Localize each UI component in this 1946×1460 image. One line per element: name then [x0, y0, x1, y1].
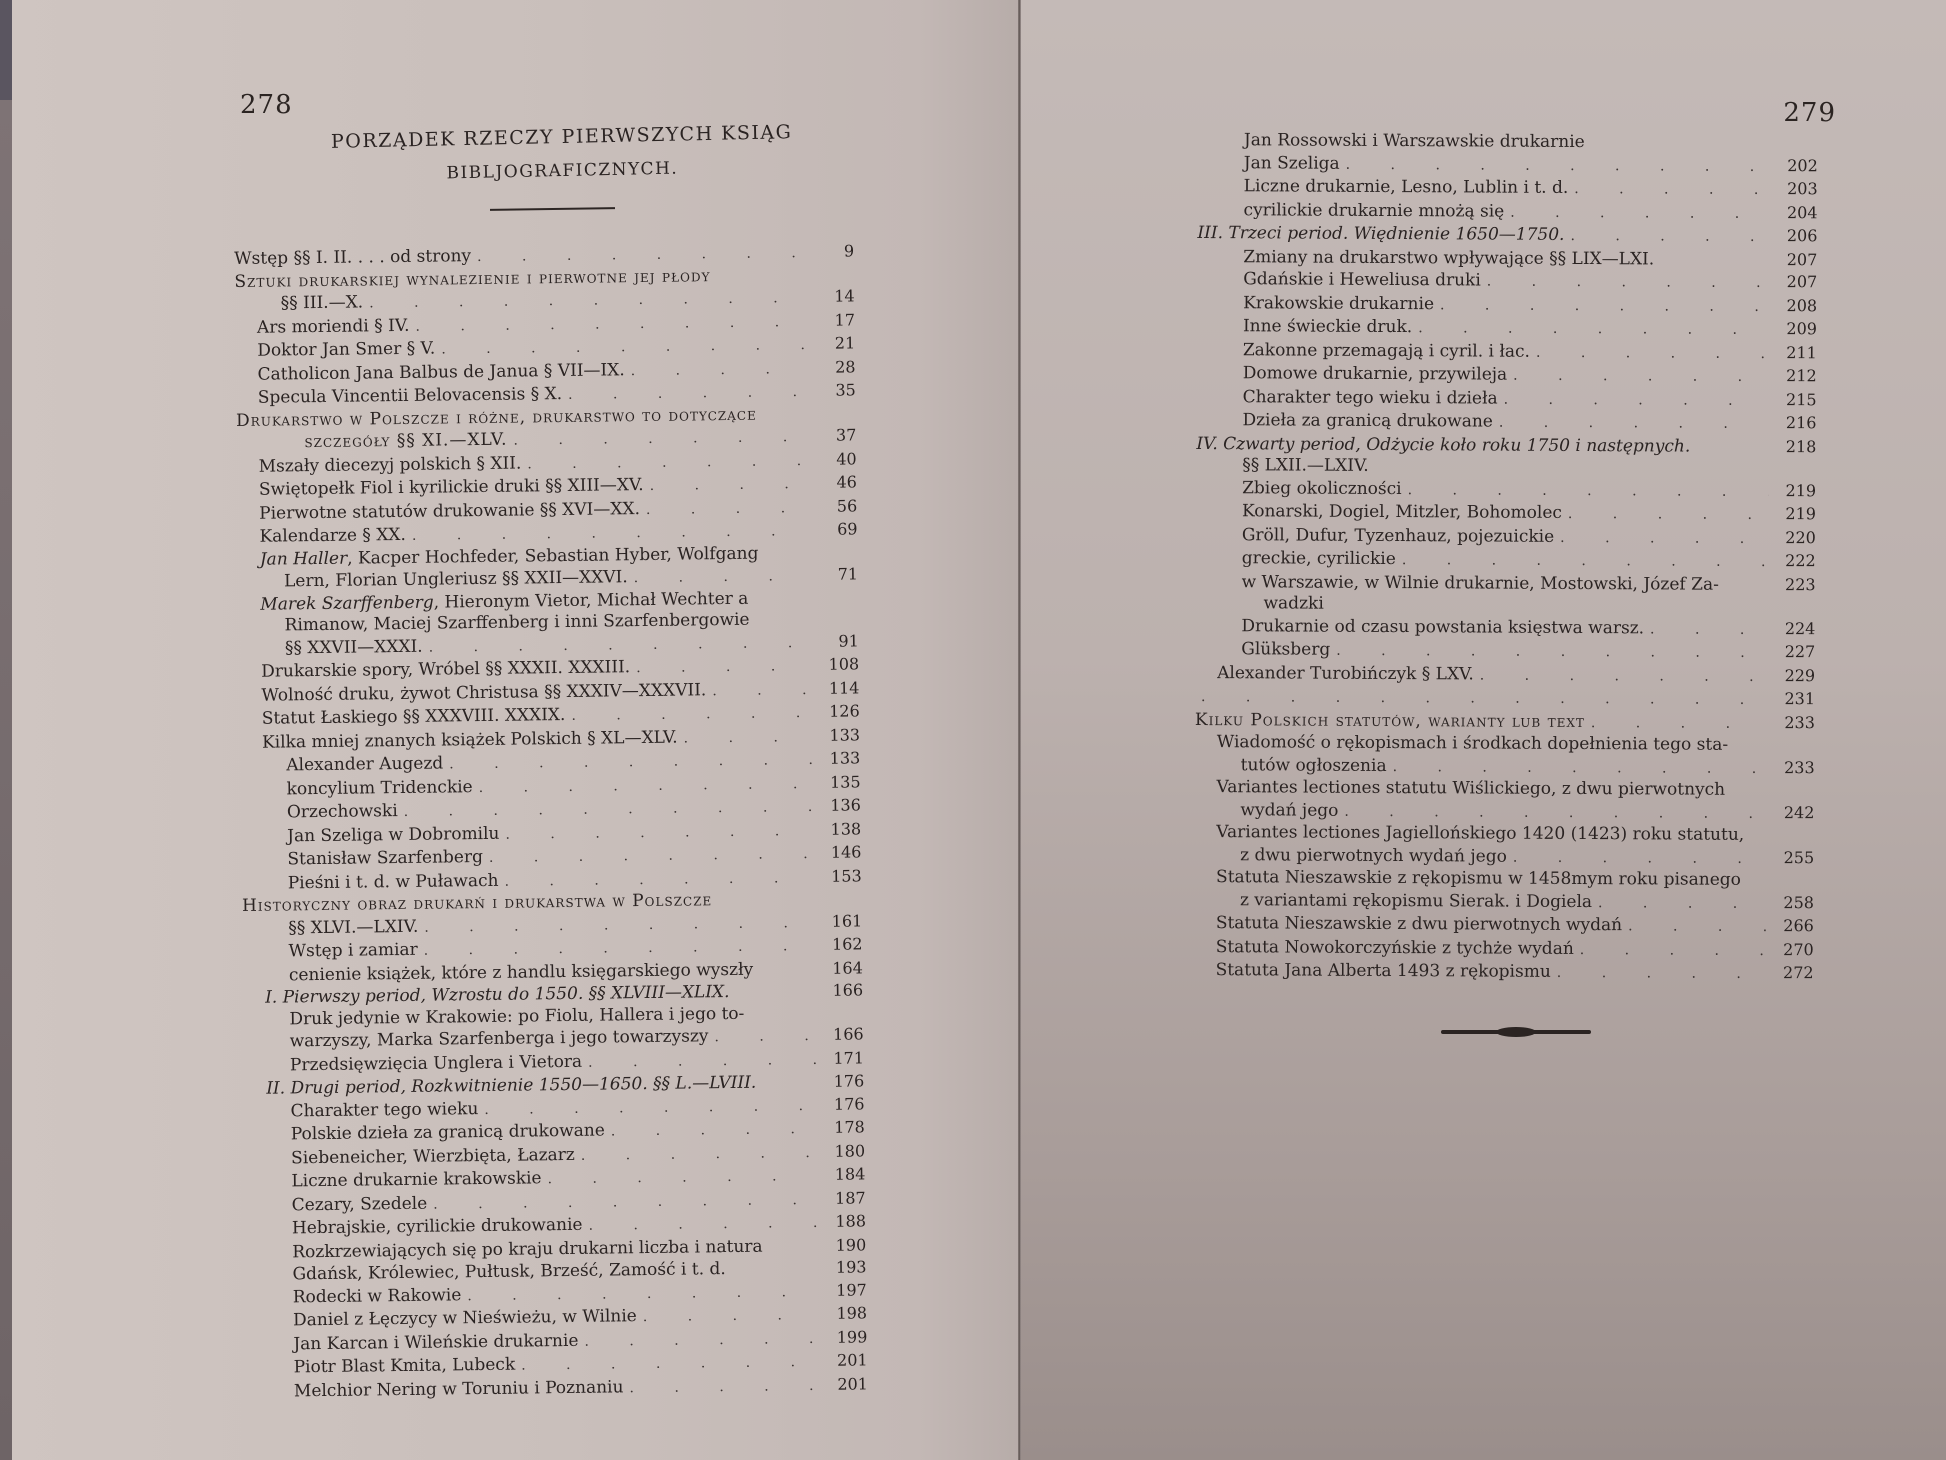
dot-leader [1336, 641, 1767, 665]
toc-entry-title: Wstęp i zamiar [288, 940, 417, 963]
dot-leader [1580, 940, 1766, 962]
toc-entry-title: Siebeneicher, Wierzbięta, Łazarz [291, 1144, 575, 1169]
toc-entry: Statuta Nieszawskie z rękopismu w 1458my… [1194, 867, 1814, 892]
toc-entry-title: Gdańskie i Heweliusa druki [1243, 269, 1481, 292]
dot-leader [1660, 264, 1769, 265]
toc-entry-page [816, 557, 858, 558]
toc-entry-page: 219 [1774, 480, 1816, 502]
book-gutter [1018, 0, 1021, 1460]
toc-entry: §§ LXII.—LXIV. [1196, 455, 1816, 480]
dot-leader [1570, 226, 1769, 249]
toc-entry-page [816, 602, 858, 603]
toc-entry-title: Pieśni i t. d. w Puławach [288, 870, 499, 894]
toc-entry-page: 206 [1775, 225, 1817, 247]
toc-entry-title: IV. Czwarty period, Odżycie koło roku 17… [1196, 433, 1690, 457]
toc-entry-page: 266 [1772, 915, 1814, 937]
dot-leader [718, 904, 814, 905]
toc-entry-page: 209 [1775, 318, 1817, 340]
toc-entry-page: 198 [825, 1302, 867, 1324]
book-edge [0, 0, 12, 1460]
dot-leader [1408, 480, 1769, 503]
dot-leader [1591, 147, 1770, 148]
toc-entry-page: 178 [823, 1116, 865, 1138]
toc-entry-title: Przedsięwzięcia Unglera i Vietora [290, 1051, 582, 1076]
dot-leader [513, 427, 808, 452]
dot-leader [1560, 527, 1768, 550]
toc-entry: Statuta Jana Alberta 1493 z rękopismu272 [1194, 959, 1814, 986]
toc-entry: Gröll, Dufur, Tyzenhauz, pojezuickie220 [1196, 523, 1816, 550]
toc-entry-title: Drukarnie od czasu powstania księstwa wa… [1241, 616, 1644, 640]
toc-entry-page: 184 [823, 1163, 865, 1185]
dot-leader [1330, 609, 1768, 611]
toc-entry-page: 258 [1772, 892, 1814, 914]
toc-entry-page: 162 [820, 933, 862, 955]
page-number-right: 279 [1783, 98, 1836, 128]
toc-entry-title: §§ LXII.—LXIV. [1242, 455, 1369, 477]
dot-leader [1375, 471, 1769, 473]
toc-entry-page: 28 [813, 356, 855, 378]
toc-entry-page: 176 [822, 1093, 864, 1115]
toc-entry: IV. Czwarty period, Odżycie koło roku 17… [1196, 432, 1816, 458]
dot-leader [467, 1281, 819, 1307]
toc-entry: wydań jego242 [1194, 798, 1814, 825]
dot-leader [477, 243, 806, 269]
toc-entry: z variantami rękopismu Sierak. i Dogiela… [1194, 888, 1814, 915]
toc-entry-page: 242 [1772, 802, 1814, 824]
toc-entry-page: 212 [1775, 365, 1817, 387]
toc-entry-title: Doktor Jan Smer § V. [257, 339, 435, 363]
toc-entry-title: Catholicon Jana Balbus de Janua § VII—IX… [257, 360, 624, 386]
toc-entry-title: Melchior Nering w Toruniu i Poznaniu [294, 1377, 624, 1403]
toc-entry-title: Domowe drukarnie, przywileja [1243, 363, 1508, 386]
toc-entry-title: Jan Karcan i Wileńskie drukarnie [293, 1330, 578, 1355]
toc-entry-title: Alexander Turobińczyk § LXV. [1217, 663, 1474, 686]
dot-leader [683, 726, 812, 749]
toc-entry-page: 201 [826, 1373, 868, 1395]
title-rule-divider [490, 207, 615, 211]
toc-entry-title: greckie, cyrilickie [1242, 548, 1396, 570]
dot-leader [1568, 504, 1768, 527]
dot-leader [650, 474, 810, 497]
toc-entry-page: 201 [826, 1349, 868, 1371]
toc-entry: Krakowskie drukarnie208 [1197, 291, 1817, 318]
toc-entry-page: 215 [1775, 389, 1817, 411]
toc-entry-page: 222 [1774, 550, 1816, 572]
dot-leader [763, 418, 808, 419]
toc-entry-title: Stanisław Szarfenberg [287, 847, 483, 871]
toc-entry: wadzki [1195, 593, 1815, 618]
toc-entry: Inne świeckie druk.209 [1197, 315, 1817, 342]
toc-entry-page: 108 [817, 653, 859, 675]
toc-entry-title: §§ III.—X. [281, 292, 364, 315]
toc-entry: tutów ogłoszenia233 [1195, 753, 1815, 780]
dot-leader [754, 602, 810, 603]
dot-leader [1499, 413, 1769, 436]
dot-leader [1480, 665, 1767, 688]
toc-entry-page: 56 [815, 495, 857, 517]
toc-entry: Liczne drukarnie, Lesno, Lublin i t. d.2… [1198, 175, 1818, 202]
toc-entry: III. Trzeci period. Więdnienie 1650—1750… [1197, 222, 1817, 249]
toc-entry-title: Variantes lectiones statutu Wiślickiego,… [1216, 777, 1725, 801]
dot-leader [714, 1026, 815, 1049]
toc-entry-page: 17 [813, 309, 855, 331]
dot-leader [489, 844, 814, 869]
toc-entry-page: 207 [1775, 271, 1817, 293]
toc-entry-title: Specula Vincentii Belovacensis § X. [258, 384, 562, 409]
dot-leader [479, 773, 813, 799]
toc-entry-title: Statut Łaskiego §§ XXXVIII. XXXIX. [262, 705, 566, 730]
toc-entry-page: 229 [1773, 665, 1815, 687]
toc-entry-title: Statuta Nowokorczyńskie z tychże wydań [1216, 937, 1574, 960]
toc-entry: Glüksberg227 [1195, 638, 1815, 665]
toc-entry-page [812, 279, 854, 280]
toc-entry-page: 133 [818, 724, 860, 746]
toc-entry-page: 40 [814, 448, 856, 470]
toc-entry-title: w Warszawie, w Wilnie drukarnie, Mostows… [1242, 572, 1719, 596]
toc-entry-title: Charakter tego wieku i dzieła [1243, 387, 1498, 410]
toc-entry-page: 219 [1774, 503, 1816, 525]
toc-entry-title: Kilku Polskich statutów, warianty lub te… [1195, 709, 1585, 733]
toc-entry-title: §§ XLVI.—LXIV. [288, 916, 418, 939]
toc-entry-title: Glüksberg [1241, 639, 1330, 661]
toc-entry-title: Konarski, Dogiel, Mitzler, Bohomolec [1242, 501, 1562, 524]
toc-entry-page: 136 [819, 794, 861, 816]
toc-entry-page: 138 [819, 818, 861, 840]
toc-entry-page: 193 [824, 1256, 866, 1278]
dot-leader [1418, 318, 1769, 341]
toc-entry-title: Inne świeckie druk. [1243, 316, 1412, 338]
toc-entry-title: Liczne drukarnie, Lesno, Lublin i t. d. [1244, 176, 1569, 199]
toc-entry: Gdańskie i Heweliusa druki207 [1197, 268, 1817, 295]
toc-entry-title: III. Trzeci period. Więdnienie 1650—1750… [1197, 223, 1564, 246]
toc-entry-page: 204 [1776, 202, 1818, 224]
toc-entry-page [814, 418, 856, 419]
toc-entry-title: z dwu pierwotnych wydań jego [1240, 845, 1507, 868]
toc-entry-page: 218 [1774, 436, 1816, 458]
toc-entry-page [820, 903, 862, 904]
toc-entry-title: Statuta Nieszawskie z dwu pierwotnych wy… [1216, 913, 1622, 937]
toc-entry: Zmiany na drukarstwo wpływające §§ LIX—L… [1197, 245, 1817, 271]
page-title: PORZĄDEK RZECZY PIERWSZYCH KSIĄG BIBLJOG… [311, 115, 812, 193]
toc-entry-page: 203 [1776, 178, 1818, 200]
dot-leader [1402, 550, 1768, 573]
toc-entry-title: Drukarskie spory, Wróbel §§ XXXII. XXXII… [261, 657, 630, 683]
toc-entry-title: Wiadomość o rękopismach i środkach dopeł… [1217, 732, 1728, 756]
toc-entry: greckie, cyrilickie222 [1196, 547, 1816, 574]
dot-leader [1591, 713, 1767, 735]
dot-leader [1393, 757, 1767, 780]
toc-entry-page: 231 [1773, 688, 1815, 710]
dot-leader [759, 973, 815, 974]
toc-entry-title: Zbieg okoliczności [1242, 478, 1402, 500]
toc-entry: cyrilickie drukarnie mnożą się204 [1198, 198, 1818, 225]
toc-entry-page [821, 1017, 863, 1018]
toc-entry-page: 199 [825, 1326, 867, 1348]
toc-entry-page: 35 [814, 379, 856, 401]
dot-leader [1536, 342, 1769, 365]
toc-entry-title: Lern, Florian Ungleriusz §§ XXII—XXVI. [284, 567, 628, 593]
toc-entry-title: Gröll, Dufur, Tyzenhauz, pojezuickie [1242, 525, 1554, 548]
toc-entry: Zbieg okoliczności219 [1196, 476, 1816, 503]
dot-leader [631, 359, 808, 383]
dot-leader [441, 335, 807, 361]
toc-entry-page: 14 [813, 285, 855, 307]
toc-entry: Kilku Polskich statutów, warianty lub te… [1195, 708, 1815, 735]
dot-leader [736, 996, 816, 997]
toc-entry: Jan Rossowski i Warszawskie drukarnie [1198, 130, 1818, 155]
toc-entry-page: 197 [825, 1279, 867, 1301]
toc-entry: Variantes lectiones Jagiellońskiego 1420… [1194, 822, 1814, 847]
toc-entry-title: Krakowskie drukarnie [1243, 293, 1434, 315]
toc-entry-page: 46 [815, 471, 857, 493]
toc-entry-title: Polskie dzieła za granicą drukowane [291, 1121, 605, 1146]
toc-entry-page: 176 [822, 1070, 864, 1092]
toc-entry-page: 216 [1774, 412, 1816, 434]
toc-entry-page: 69 [815, 518, 857, 540]
dot-leader [643, 1305, 820, 1329]
toc-entry-title: koncylium Tridenckie [286, 777, 472, 801]
toc-entry: 231 [1195, 685, 1815, 712]
dot-leader [547, 1166, 817, 1191]
toc-entry: Dzieła za granicą drukowane216 [1196, 409, 1816, 436]
toc-entry-title: Ars moriendi § IV. [257, 315, 410, 338]
toc-entry-title: Daniel z Łęczycy w Nieświeżu, w Wilnie [293, 1306, 637, 1332]
toc-entry-page: 220 [1774, 527, 1816, 549]
toc-entry-title: Liczne drukarnie krakowskie [291, 1168, 541, 1193]
toc-entry-title: Kalendarze § XX. [259, 525, 406, 548]
toc-entry-page: 207 [1775, 249, 1817, 271]
toc-entry: Charakter tego wieku i dzieła215 [1197, 385, 1817, 412]
toc-entry-title: Rodecki w Rakowie [293, 1285, 462, 1309]
right-page: 279 Jan Rossowski i Warszawskie drukarni… [1020, 0, 1946, 1460]
dot-leader [1510, 202, 1769, 225]
dot-leader [1628, 916, 1766, 938]
toc-entry-title: Hebrajskie, cyrilickie drukowanie [292, 1215, 583, 1240]
table-of-contents-left: Wstęp §§ I. II. . . . od strony9Sztuki d… [234, 240, 868, 1403]
toc-entry-page: 153 [820, 865, 862, 887]
toc-entry-page: 37 [814, 424, 856, 446]
toc-entry-title: Jan Szeliga [1244, 153, 1340, 175]
dot-leader [764, 557, 809, 558]
toc-entry-page: 224 [1773, 618, 1815, 640]
toc-entry-title: wadzki [1263, 593, 1323, 615]
toc-entry-page: 166 [822, 1023, 864, 1045]
toc-entry-page: 135 [818, 771, 860, 793]
toc-entry-page: 223 [1774, 574, 1816, 596]
dot-leader [712, 679, 811, 702]
toc-entry-page: 180 [823, 1140, 865, 1162]
dot-leader [636, 656, 811, 680]
dot-leader [527, 450, 809, 475]
dot-leader [716, 280, 806, 281]
toc-entry-page: 21 [813, 332, 855, 354]
toc-entry-page: 133 [818, 747, 860, 769]
dot-leader [581, 1142, 818, 1166]
dot-leader [732, 1273, 819, 1274]
toc-entry-title: Statuta Jana Alberta 1493 z rękopismu [1216, 960, 1551, 983]
toc-entry-title: Jan Szeliga w Dobromilu [287, 823, 500, 847]
dot-leader [611, 1119, 817, 1143]
tailpiece-ornament [1441, 1030, 1591, 1034]
left-page: 278 PORZĄDEK RZECZY PIERWSZYCH KSIĄG BIB… [12, 0, 1020, 1460]
toc-entry: z dwu pierwotnych wydań jego255 [1194, 843, 1814, 870]
toc-entry: Drukarnie od czasu powstania księstwa wa… [1195, 614, 1815, 641]
dot-leader [1574, 179, 1770, 202]
toc-entry: Wiadomość o rękopismach i środkach dopeł… [1195, 732, 1815, 757]
toc-entry-page: 255 [1772, 847, 1814, 869]
page-number-left: 278 [240, 90, 293, 120]
toc-entry: Statuta Nowokorczyńskie z tychże wydań27… [1194, 935, 1814, 962]
dot-leader [750, 1017, 815, 1018]
toc-entry-page [817, 623, 859, 624]
dot-leader [1513, 366, 1769, 389]
toc-entry-title: Zmiany na drukarstwo wpływające §§ LIX—L… [1243, 247, 1654, 271]
dot-leader [1346, 154, 1770, 178]
author-name-italic: Jan Haller [260, 548, 348, 569]
dot-leader [629, 1375, 820, 1399]
author-name-italic: Marek Szarffenberg [260, 592, 434, 614]
toc-entry-page: 187 [824, 1187, 866, 1209]
toc-entry-title: Mszały diecezyj polskich § XII. [259, 453, 522, 478]
toc-entry-page: 164 [821, 957, 863, 979]
toc-entry-title: Statuta Nieszawskie z rękopismu w 1458my… [1216, 867, 1741, 891]
dot-leader [588, 1213, 818, 1237]
toc-entry: Alexander Turobińczyk § LXV.229 [1195, 661, 1815, 688]
dot-leader [1557, 963, 1766, 986]
toc-entry: Zakonne przemagają i cyril. i łac.211 [1197, 338, 1817, 365]
dot-leader [571, 703, 812, 727]
toc-entry: Variantes lectiones statutu Wiślickiego,… [1194, 777, 1814, 802]
dot-leader [1344, 801, 1766, 825]
toc-entry-page: 233 [1773, 712, 1815, 734]
dot-leader [1440, 295, 1769, 318]
toc-entry-title: wydań jego [1240, 800, 1338, 822]
dot-leader [568, 382, 808, 406]
toc-entry-page: 272 [1772, 962, 1814, 984]
dot-leader [762, 1087, 816, 1088]
toc-entry-page: 190 [824, 1234, 866, 1256]
toc-entry-page: 211 [1775, 342, 1817, 364]
toc-entry-page: 208 [1775, 295, 1817, 317]
toc-entry-page: 9 [812, 240, 854, 262]
toc-entry-title: Zakonne przemagają i cyril. i łac. [1243, 340, 1530, 363]
toc-entry-title: Alexander Augezd [286, 753, 443, 776]
toc-entry-page: 161 [820, 910, 862, 932]
table-of-contents-right: Jan Rossowski i Warszawskie drukarnieJan… [1194, 130, 1818, 986]
toc-entry-page: 166 [821, 979, 863, 1001]
toc-entry: Konarski, Dogiel, Mitzler, Bohomolec219 [1196, 500, 1816, 527]
toc-entry-page: 188 [824, 1210, 866, 1232]
toc-entry-title: tutów ogłoszenia [1241, 755, 1387, 777]
toc-entry-page: 71 [816, 563, 858, 585]
dot-leader [1650, 619, 1767, 641]
toc-entry-page: 91 [817, 630, 859, 652]
toc-entry-title: Variantes lectiones Jagiellońskiego 1420… [1216, 822, 1744, 846]
toc-entry-title: z variantami rękopismu Sierak. i Dogiela [1240, 890, 1592, 913]
toc-entry: Statuta Nieszawskie z dwu pierwotnych wy… [1194, 912, 1814, 939]
toc-entry-title: cyrilickie drukarnie mnożą się [1244, 200, 1505, 223]
toc-entry-page: 233 [1773, 757, 1815, 779]
toc-entry-title: Jan Rossowski i Warszawskie drukarnie [1244, 130, 1585, 153]
toc-entry-page: 146 [819, 841, 861, 863]
dot-leader [756, 624, 811, 625]
dot-leader [769, 1250, 819, 1251]
toc-entry-page: 171 [822, 1047, 864, 1069]
dot-leader [504, 867, 813, 892]
dot-leader [484, 1095, 816, 1121]
dot-leader [588, 1049, 816, 1073]
toc-entry-title: Dzieła za granicą drukowane [1242, 410, 1493, 433]
dot-leader [505, 820, 813, 845]
toc-entry-page: 227 [1773, 641, 1815, 663]
dot-leader [1487, 272, 1770, 295]
toc-entry-title: szczegóły §§ XI.—XLV. [304, 430, 507, 454]
toc-entry-title: Charakter tego wieku [290, 1099, 478, 1123]
toc-entry-title: Cezary, Szedele [292, 1193, 428, 1216]
toc-entry-title: Wstęp §§ I. II. . . . od strony [234, 246, 471, 270]
book-spread: 278 PORZĄDEK RZECZY PIERWSZYCH KSIĄG BIB… [12, 0, 1946, 1460]
toc-entry-page: 114 [817, 677, 859, 699]
dot-leader [584, 1328, 819, 1352]
dot-leader [521, 1352, 820, 1377]
toc-entry: Jan Szeliga202 [1198, 151, 1818, 178]
dot-leader [449, 750, 812, 776]
toc-entry-page: 270 [1772, 939, 1814, 961]
dot-leader [1513, 847, 1766, 870]
toc-entry-title: §§ XXVII—XXXI. [285, 636, 423, 659]
toc-entry-page: 126 [818, 700, 860, 722]
dot-leader [634, 566, 811, 590]
dot-leader [1598, 893, 1766, 915]
toc-entry: w Warszawie, w Wilnie drukarnie, Mostows… [1196, 570, 1816, 596]
dot-leader [1201, 687, 1767, 711]
toc-entry-title: Piotr Blast Kmita, Lubeck [294, 1355, 516, 1379]
dot-leader [1504, 389, 1769, 412]
dot-leader [646, 497, 810, 520]
toc-entry-title: Orzechowski [287, 801, 398, 824]
toc-entry-page: 202 [1776, 155, 1818, 177]
toc-entry: Domowe drukarnie, przywileja212 [1197, 362, 1817, 389]
